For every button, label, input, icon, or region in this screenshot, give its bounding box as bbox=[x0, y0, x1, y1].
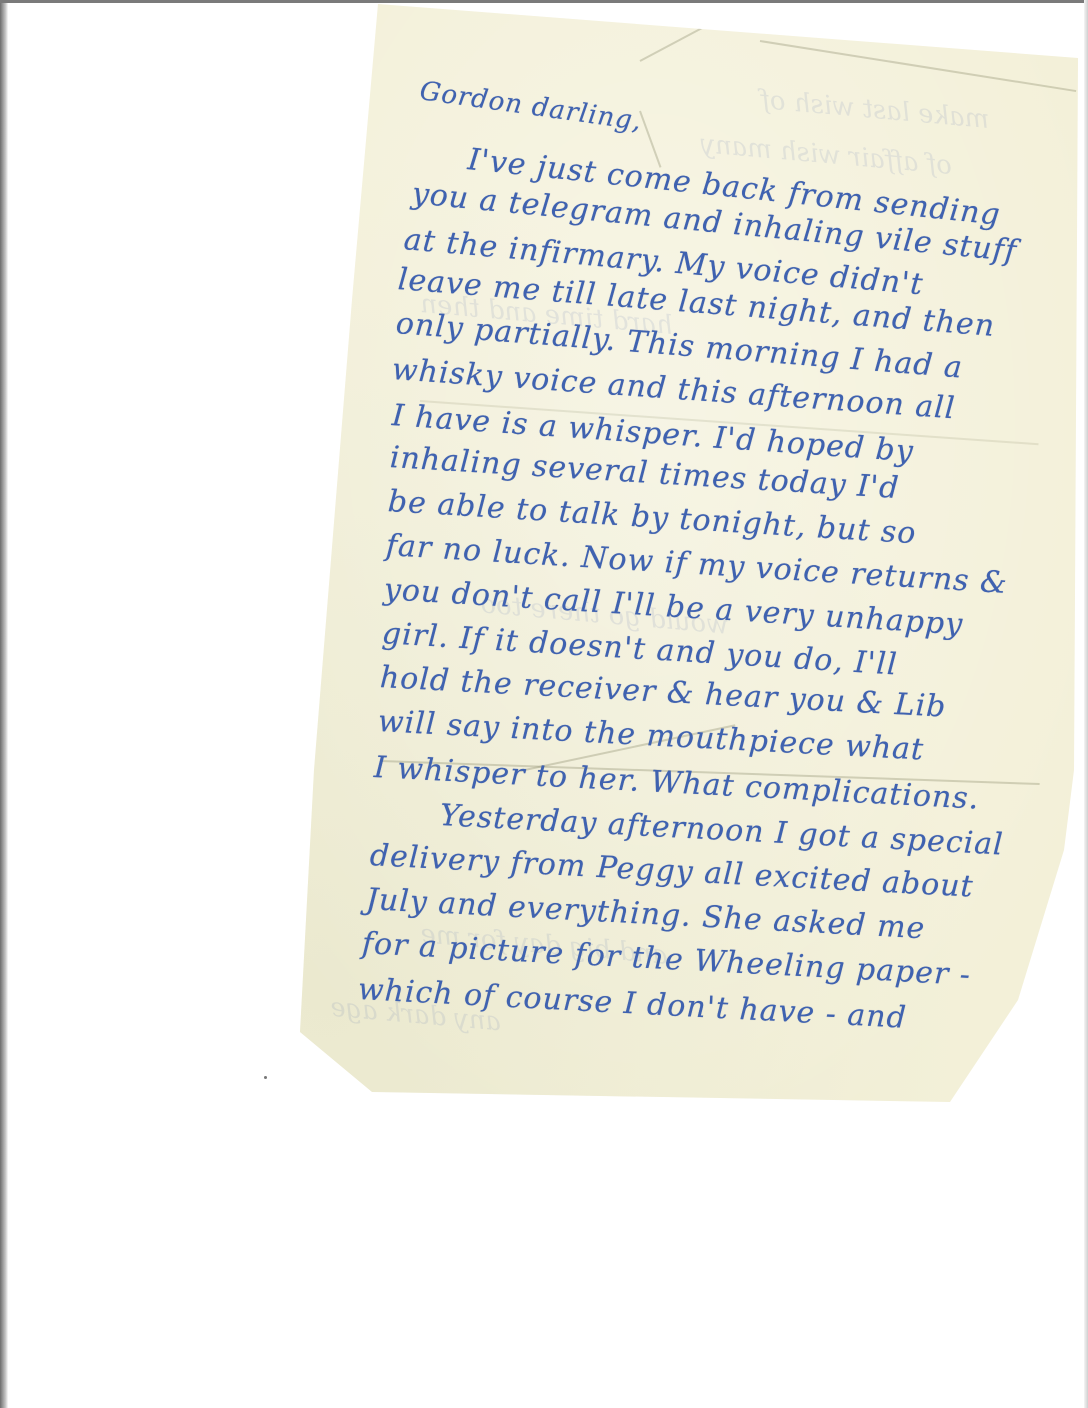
scanner-edge-right bbox=[1084, 0, 1088, 1408]
scanner-edge-top bbox=[0, 0, 1088, 3]
scan-speck bbox=[264, 1076, 267, 1079]
scanner-edge-left bbox=[0, 0, 8, 1408]
paper-crease bbox=[760, 40, 1076, 92]
paper-crease bbox=[640, 0, 818, 62]
reverse-side-bleed: make last wish of bbox=[759, 85, 990, 135]
paper-crease bbox=[639, 111, 661, 168]
